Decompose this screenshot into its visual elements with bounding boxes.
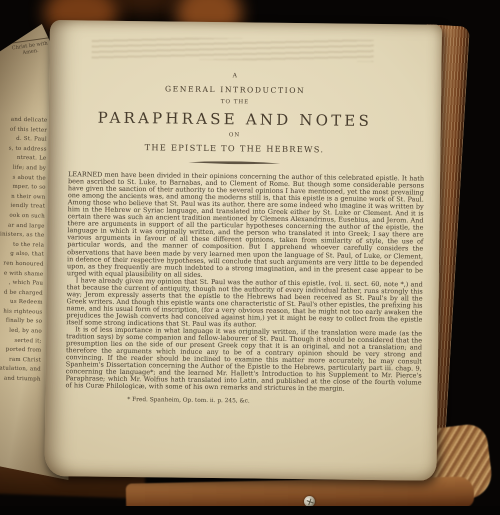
page-content: A GENERAL INTRODUCTION TO THE PARAPHRASE… xyxy=(65,28,426,407)
book-photo: Christ be with Amen. and delicate of thi… xyxy=(0,0,500,515)
heading-general-introduction: GENERAL INTRODUCTION xyxy=(69,83,401,96)
chapter-heading: A GENERAL INTRODUCTION TO THE PARAPHRASE… xyxy=(68,70,401,166)
right-page: A GENERAL INTRODUCTION TO THE PARAPHRASE… xyxy=(44,20,442,481)
page-title: PARAPHRASE AND NOTES xyxy=(69,108,401,130)
page-subtitle: THE EPISTLE TO THE HEBREWS. xyxy=(68,141,400,155)
ornamental-rule xyxy=(188,161,280,165)
heading-on: ON xyxy=(69,130,401,140)
background-blur-shape xyxy=(110,0,180,14)
body-text: LEARNED men have been divided in their o… xyxy=(65,171,424,394)
heading-to-the: TO THE xyxy=(69,97,401,107)
body-paragraph: LEARNED men have been divided in their o… xyxy=(67,171,424,281)
body-paragraph: I have already given my opinion that St.… xyxy=(66,277,423,331)
background-floor xyxy=(0,506,500,515)
heading-line-a: A xyxy=(69,70,401,81)
body-paragraph: It is of less importance in what languag… xyxy=(65,326,422,394)
footnote: * Fred. Spanheim, Op. tom. ii. p. 245, &… xyxy=(65,397,421,407)
